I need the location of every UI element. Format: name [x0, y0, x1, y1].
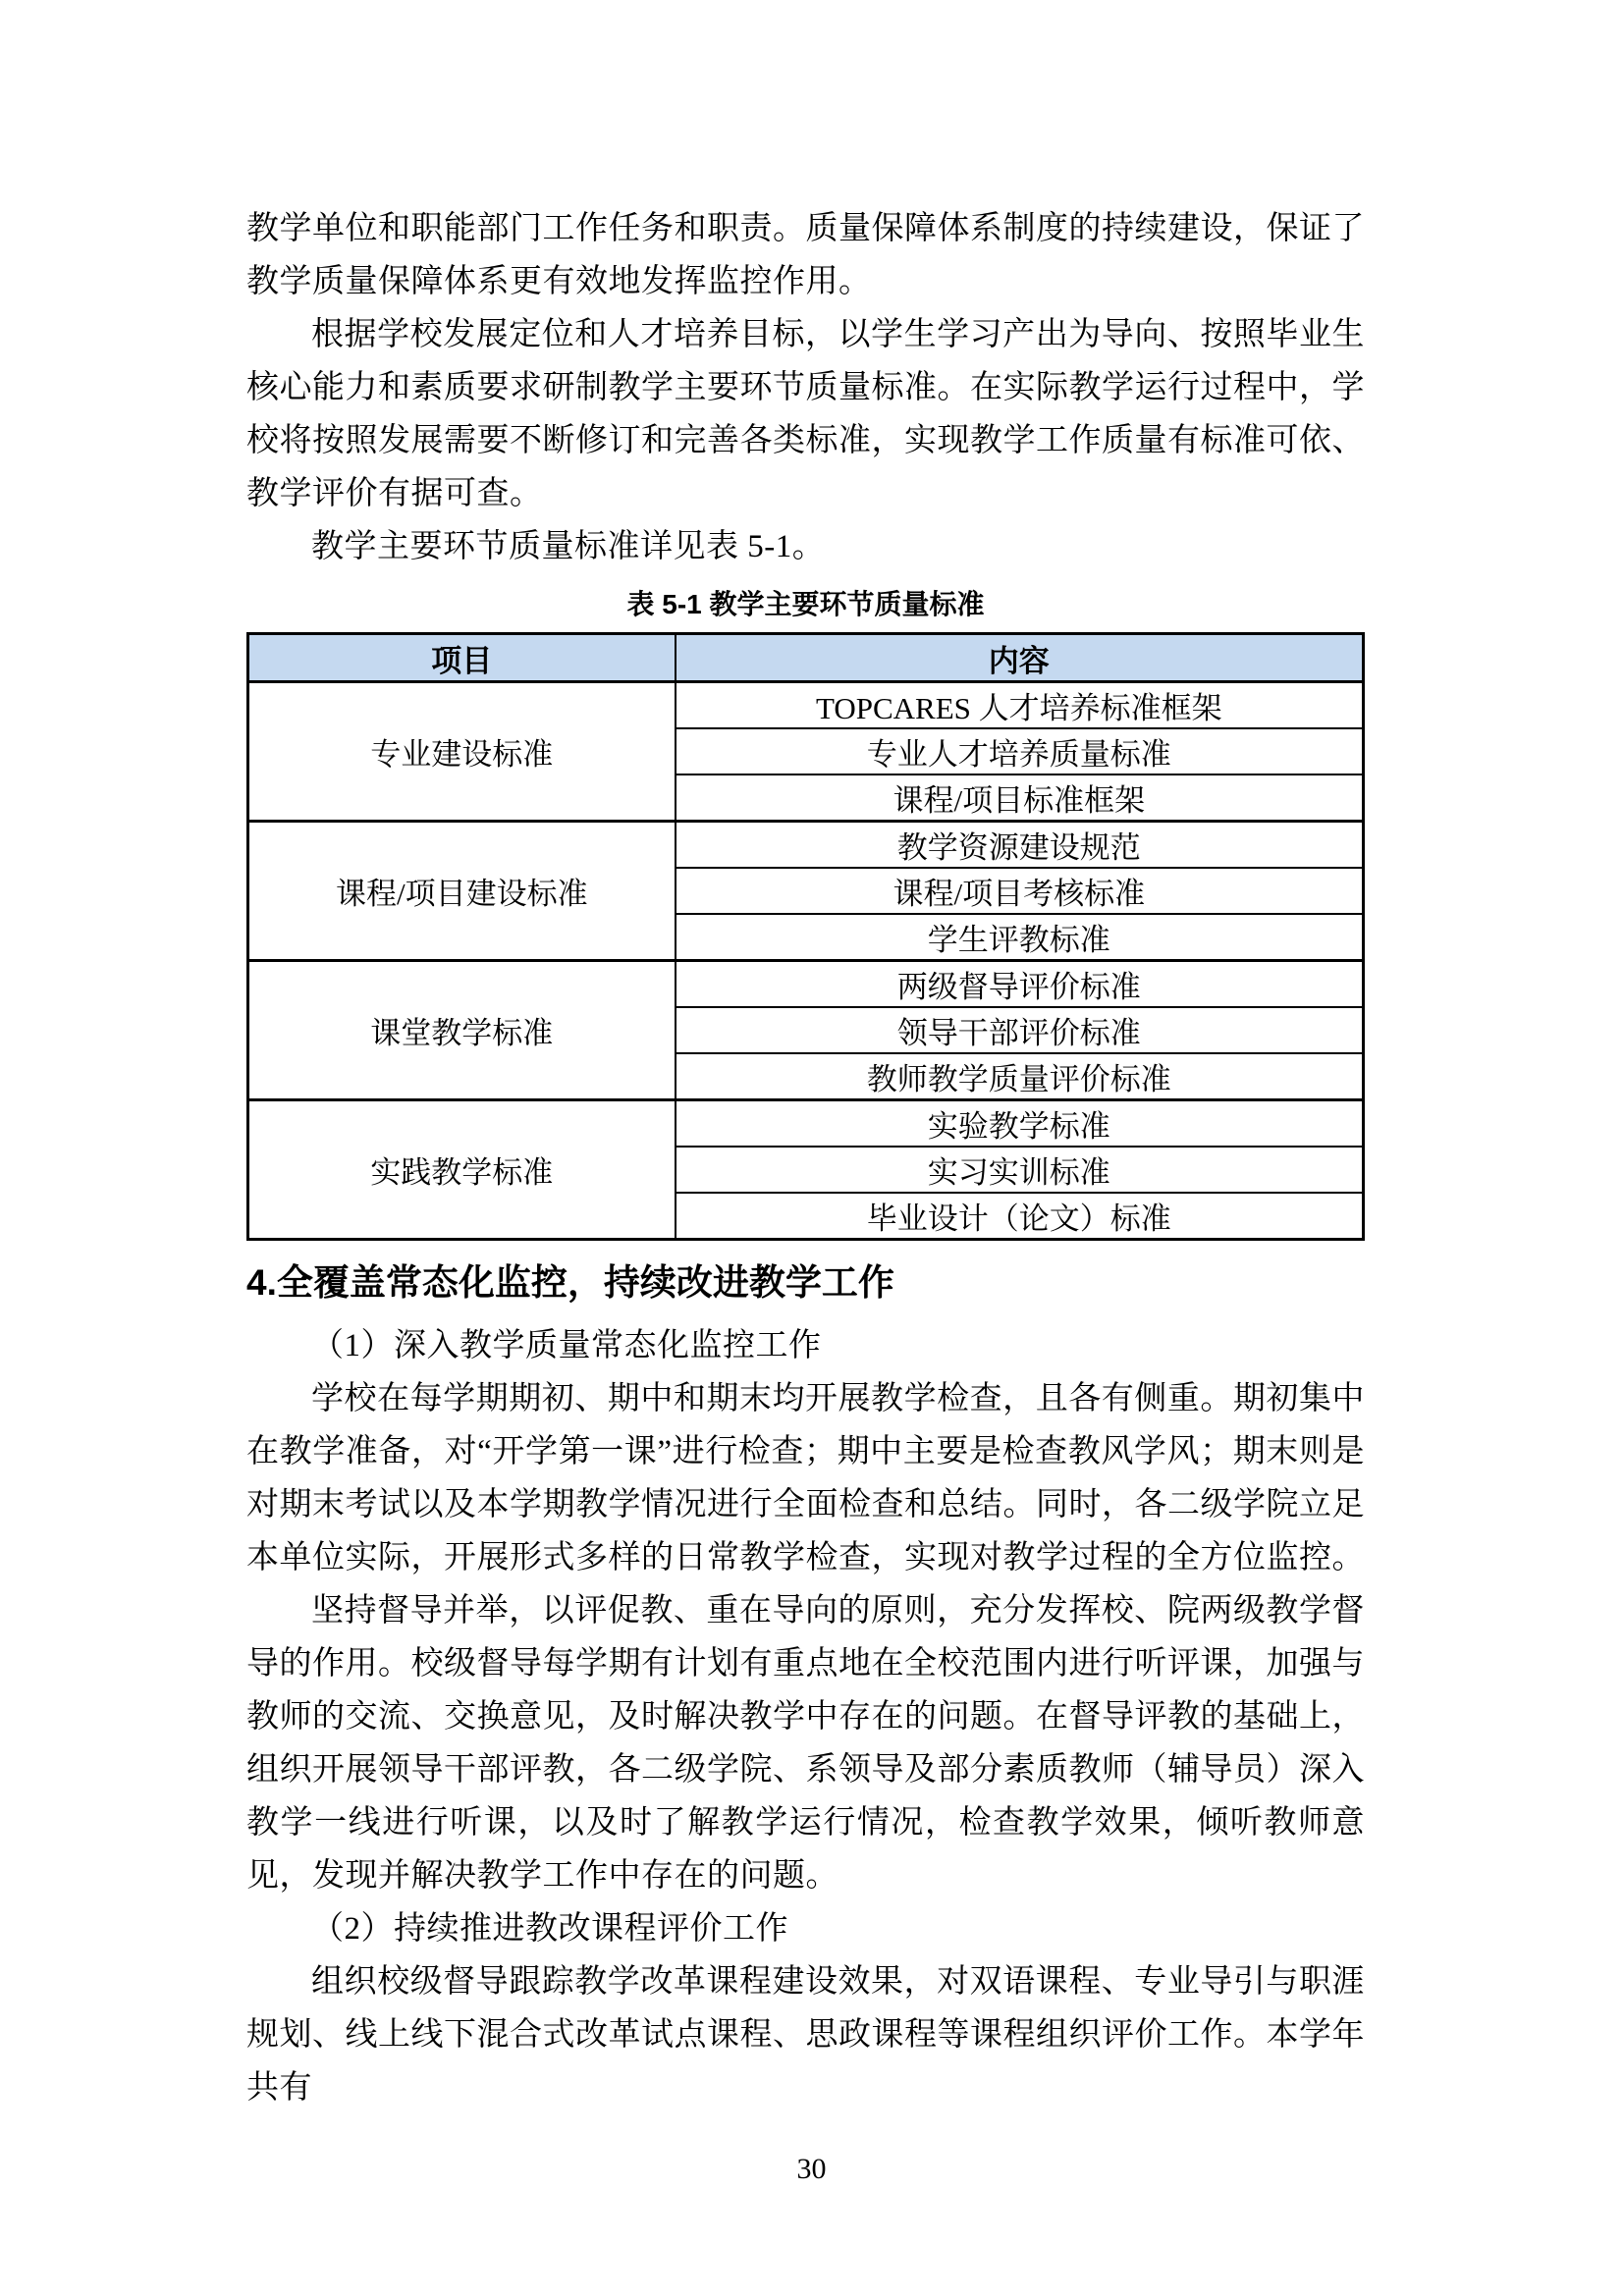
paragraph: （2）持续推进教改课程评价工作	[246, 1902, 1365, 1955]
table-row: 专业建设标准 TOPCARES 人才培养标准框架	[248, 682, 1364, 729]
content-cell: 教学资源建设规范	[676, 822, 1364, 869]
content-cell: TOPCARES 人才培养标准框架	[676, 682, 1364, 729]
item-cell: 实践教学标准	[248, 1100, 676, 1240]
content-cell: 学生评教标准	[676, 914, 1364, 961]
document-page: 教学单位和职能部门工作任务和职责。质量保障体系制度的持续建设，保证了教学质量保障…	[0, 0, 1623, 2296]
item-cell: 课堂教学标准	[248, 961, 676, 1100]
table-caption: 表 5-1 教学主要环节质量标准	[246, 585, 1365, 624]
table-row: 课堂教学标准 两级督导评价标准	[248, 961, 1364, 1008]
section-heading: 4.全覆盖常态化监控，持续改进教学工作	[246, 1260, 1365, 1306]
content-cell: 课程/项目标准框架	[676, 774, 1364, 822]
content-cell: 毕业设计（论文）标准	[676, 1193, 1364, 1240]
table-header-row: 项目 内容	[248, 634, 1364, 682]
content-cell: 专业人才培养质量标准	[676, 728, 1364, 774]
content-cell: 实验教学标准	[676, 1100, 1364, 1148]
paragraph: 坚持督导并举，以评促教、重在导向的原则，充分发挥校、院两级教学督导的作用。校级督…	[246, 1584, 1365, 1902]
column-header-content: 内容	[676, 634, 1364, 682]
content-cell: 实习实训标准	[676, 1147, 1364, 1193]
content-cell: 领导干部评价标准	[676, 1007, 1364, 1053]
paragraph: 根据学校发展定位和人才培养目标，以学生学习产出为导向、按照毕业生核心能力和素质要…	[246, 308, 1365, 520]
quality-standards-table: 项目 内容 专业建设标准 TOPCARES 人才培养标准框架 专业人才培养质量标…	[246, 632, 1365, 1241]
page-number: 30	[0, 2152, 1623, 2187]
column-header-item: 项目	[248, 634, 676, 682]
paragraph: 组织校级督导跟踪教学改革课程建设效果，对双语课程、专业导引与职涯规划、线上线下混…	[246, 1955, 1365, 2114]
paragraph: 学校在每学期期初、期中和期末均开展教学检查，且各有侧重。期初集中在教学准备，对“…	[246, 1372, 1365, 1584]
paragraph: 教学主要环节质量标准详见表 5-1。	[246, 520, 1365, 573]
paragraph: 教学单位和职能部门工作任务和职责。质量保障体系制度的持续建设，保证了教学质量保障…	[246, 202, 1365, 308]
paragraph: （1）深入教学质量常态化监控工作	[246, 1319, 1365, 1372]
content-cell: 两级督导评价标准	[676, 961, 1364, 1008]
content-cell: 课程/项目考核标准	[676, 868, 1364, 914]
item-cell: 专业建设标准	[248, 682, 676, 822]
item-cell: 课程/项目建设标准	[248, 822, 676, 961]
content-cell: 教师教学质量评价标准	[676, 1053, 1364, 1100]
table-row: 课程/项目建设标准 教学资源建设规范	[248, 822, 1364, 869]
page-content: 教学单位和职能部门工作任务和职责。质量保障体系制度的持续建设，保证了教学质量保障…	[246, 202, 1365, 2114]
table-row: 实践教学标准 实验教学标准	[248, 1100, 1364, 1148]
